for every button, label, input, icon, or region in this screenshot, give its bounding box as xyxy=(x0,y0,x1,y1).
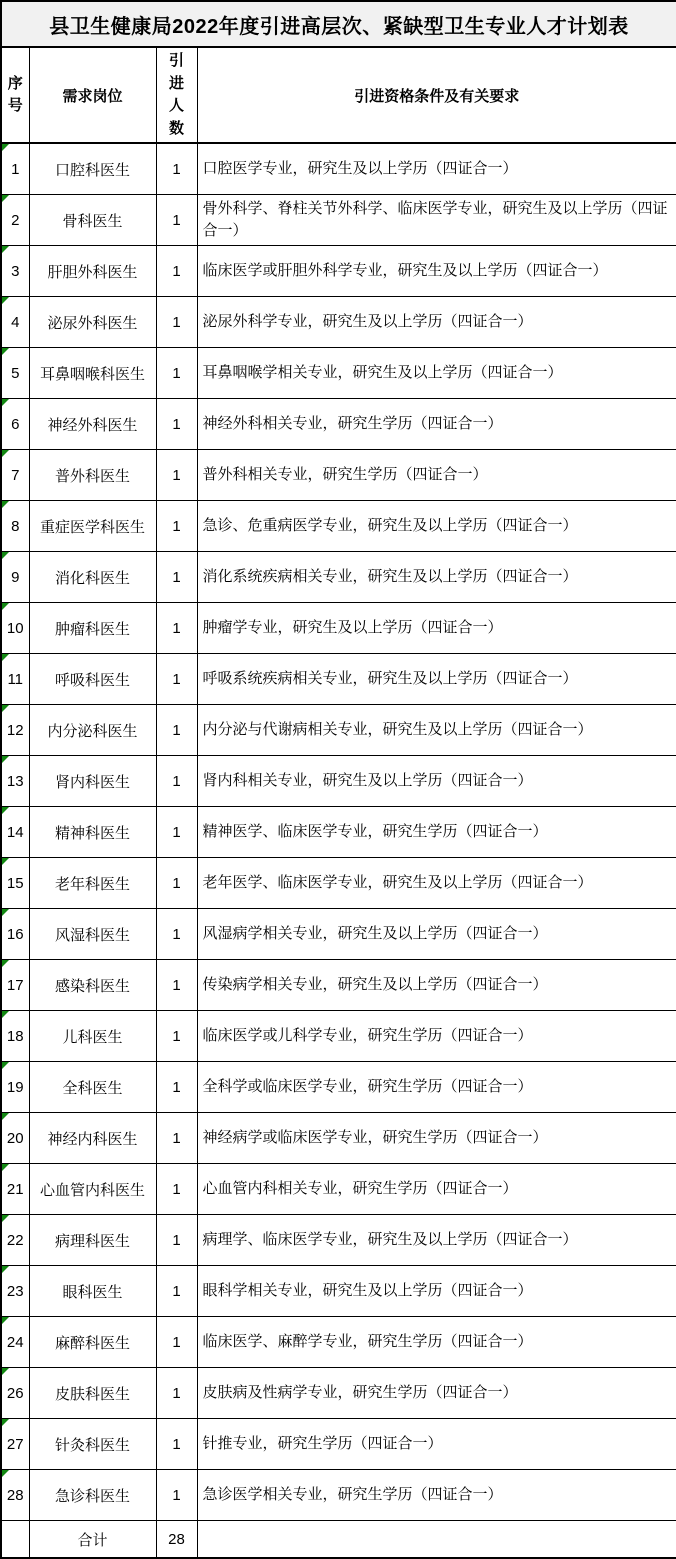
col-header-count-label: 引进人数 xyxy=(168,50,185,140)
count-cell: 1 xyxy=(156,858,197,909)
col-header-count: 引进人数 xyxy=(156,47,197,143)
requirement-cell: 耳鼻咽喉学相关专业，研究生及以上学历（四证合一） xyxy=(197,348,676,399)
total-requirement-cell xyxy=(197,1521,676,1559)
row-number-cell: 2 xyxy=(1,195,29,246)
requirement-cell: 老年医学、临床医学专业，研究生及以上学历（四证合一） xyxy=(197,858,676,909)
error-indicator-icon xyxy=(2,399,9,406)
row-number: 19 xyxy=(7,1079,24,1096)
row-number-cell: 12 xyxy=(1,705,29,756)
count-cell: 1 xyxy=(156,909,197,960)
table-row: 24 麻醉科医生 1 临床医学、麻醉学专业，研究生学历（四证合一） xyxy=(1,1317,676,1368)
requirement-cell: 临床医学、麻醉学专业，研究生学历（四证合一） xyxy=(197,1317,676,1368)
table-row: 15 老年科医生 1 老年医学、临床医学专业，研究生及以上学历（四证合一） xyxy=(1,858,676,909)
table-title: 县卫生健康局2022年度引进高层次、紧缺型卫生专业人才计划表 xyxy=(1,1,676,47)
position-cell: 皮肤科医生 xyxy=(29,1368,156,1419)
error-indicator-icon xyxy=(2,654,9,661)
position-cell: 重症医学科医生 xyxy=(29,501,156,552)
requirement-cell: 眼科学相关专业，研究生及以上学历（四证合一） xyxy=(197,1266,676,1317)
col-header-no: 序号 xyxy=(1,47,29,143)
position-cell: 针灸科医生 xyxy=(29,1419,156,1470)
position-cell: 神经外科医生 xyxy=(29,399,156,450)
error-indicator-icon xyxy=(2,1317,9,1324)
table-row: 1 口腔科医生 1 口腔医学专业，研究生及以上学历（四证合一） xyxy=(1,143,676,195)
row-number: 24 xyxy=(7,1334,24,1351)
error-indicator-icon xyxy=(2,348,9,355)
error-indicator-icon xyxy=(2,603,9,610)
row-number-cell: 13 xyxy=(1,756,29,807)
table-row: 27 针灸科医生 1 针推专业，研究生学历（四证合一） xyxy=(1,1419,676,1470)
error-indicator-icon xyxy=(2,1164,9,1171)
row-number: 8 xyxy=(11,518,19,535)
row-number: 17 xyxy=(7,977,24,994)
row-number-cell: 1 xyxy=(1,143,29,195)
table-row: 13 肾内科医生 1 肾内科相关专业，研究生及以上学历（四证合一） xyxy=(1,756,676,807)
table-row: 6 神经外科医生 1 神经外科相关专业，研究生学历（四证合一） xyxy=(1,399,676,450)
position-cell: 内分泌科医生 xyxy=(29,705,156,756)
table-row: 14 精神科医生 1 精神医学、临床医学专业，研究生学历（四证合一） xyxy=(1,807,676,858)
requirement-cell: 临床医学或肝胆外科学专业，研究生及以上学历（四证合一） xyxy=(197,246,676,297)
error-indicator-icon xyxy=(2,1011,9,1018)
requirement-cell: 骨外科学、脊柱关节外科学、临床医学专业，研究生及以上学历（四证合一） xyxy=(197,195,676,246)
position-cell: 儿科医生 xyxy=(29,1011,156,1062)
position-cell: 麻醉科医生 xyxy=(29,1317,156,1368)
count-cell: 1 xyxy=(156,450,197,501)
table-row: 17 感染科医生 1 传染病学相关专业，研究生及以上学历（四证合一） xyxy=(1,960,676,1011)
requirement-cell: 神经外科相关专业，研究生学历（四证合一） xyxy=(197,399,676,450)
position-cell: 心血管内科医生 xyxy=(29,1164,156,1215)
table-row: 8 重症医学科医生 1 急诊、危重病医学专业，研究生及以上学历（四证合一） xyxy=(1,501,676,552)
count-cell: 1 xyxy=(156,1164,197,1215)
table-row: 7 普外科医生 1 普外科相关专业，研究生学历（四证合一） xyxy=(1,450,676,501)
requirement-cell: 普外科相关专业，研究生学历（四证合一） xyxy=(197,450,676,501)
requirement-cell: 肾内科相关专业，研究生及以上学历（四证合一） xyxy=(197,756,676,807)
table-row: 3 肝胆外科医生 1 临床医学或肝胆外科学专业，研究生及以上学历（四证合一） xyxy=(1,246,676,297)
col-header-no-label: 序号 xyxy=(7,73,24,118)
row-number: 28 xyxy=(7,1487,24,1504)
error-indicator-icon xyxy=(2,705,9,712)
recruitment-plan-table: 县卫生健康局2022年度引进高层次、紧缺型卫生专业人才计划表 序号 需求岗位 引… xyxy=(0,0,676,1559)
row-number-cell: 8 xyxy=(1,501,29,552)
table-row: 4 泌尿外科医生 1 泌尿外科学专业，研究生及以上学历（四证合一） xyxy=(1,297,676,348)
count-cell: 1 xyxy=(156,1113,197,1164)
row-number-cell: 4 xyxy=(1,297,29,348)
header-row: 序号 需求岗位 引进人数 引进资格条件及有关要求 xyxy=(1,47,676,143)
table-row: 19 全科医生 1 全科学或临床医学专业，研究生学历（四证合一） xyxy=(1,1062,676,1113)
total-count: 28 xyxy=(156,1521,197,1559)
error-indicator-icon xyxy=(2,1062,9,1069)
table-row: 20 神经内科医生 1 神经病学或临床医学专业，研究生学历（四证合一） xyxy=(1,1113,676,1164)
row-number-cell: 9 xyxy=(1,552,29,603)
row-number: 20 xyxy=(7,1130,24,1147)
error-indicator-icon xyxy=(2,195,9,202)
table-body: 1 口腔科医生 1 口腔医学专业，研究生及以上学历（四证合一） 2 骨科医生 1… xyxy=(1,143,676,1521)
count-cell: 1 xyxy=(156,807,197,858)
row-number: 11 xyxy=(7,671,23,688)
table-row: 16 风湿科医生 1 风湿病学相关专业，研究生及以上学历（四证合一） xyxy=(1,909,676,960)
error-indicator-icon xyxy=(2,246,9,253)
row-number: 22 xyxy=(7,1232,24,1249)
error-indicator-icon xyxy=(2,144,9,151)
row-number-cell: 19 xyxy=(1,1062,29,1113)
count-cell: 1 xyxy=(156,143,197,195)
position-cell: 感染科医生 xyxy=(29,960,156,1011)
table-row: 9 消化科医生 1 消化系统疾病相关专业，研究生及以上学历（四证合一） xyxy=(1,552,676,603)
error-indicator-icon xyxy=(2,1470,9,1477)
requirement-cell: 消化系统疾病相关专业，研究生及以上学历（四证合一） xyxy=(197,552,676,603)
row-number-cell: 6 xyxy=(1,399,29,450)
row-number: 4 xyxy=(11,314,19,331)
row-number: 18 xyxy=(7,1028,24,1045)
row-number: 5 xyxy=(11,365,19,382)
error-indicator-icon xyxy=(2,1266,9,1273)
row-number-cell: 28 xyxy=(1,1470,29,1521)
count-cell: 1 xyxy=(156,1011,197,1062)
requirement-cell: 全科学或临床医学专业，研究生学历（四证合一） xyxy=(197,1062,676,1113)
error-indicator-icon xyxy=(2,1419,9,1426)
position-cell: 骨科医生 xyxy=(29,195,156,246)
row-number-cell: 21 xyxy=(1,1164,29,1215)
row-number: 9 xyxy=(11,569,19,586)
position-cell: 老年科医生 xyxy=(29,858,156,909)
row-number-cell: 3 xyxy=(1,246,29,297)
row-number: 2 xyxy=(11,212,19,229)
position-cell: 消化科医生 xyxy=(29,552,156,603)
error-indicator-icon xyxy=(2,1215,9,1222)
table-row: 26 皮肤科医生 1 皮肤病及性病学专业，研究生学历（四证合一） xyxy=(1,1368,676,1419)
row-number: 1 xyxy=(11,161,19,178)
table-row: 22 病理科医生 1 病理学、临床医学专业，研究生及以上学历（四证合一） xyxy=(1,1215,676,1266)
error-indicator-icon xyxy=(2,756,9,763)
table-row: 28 急诊科医生 1 急诊医学相关专业，研究生学历（四证合一） xyxy=(1,1470,676,1521)
count-cell: 1 xyxy=(156,297,197,348)
error-indicator-icon xyxy=(2,960,9,967)
row-number-cell: 18 xyxy=(1,1011,29,1062)
requirement-cell: 呼吸系统疾病相关专业，研究生及以上学历（四证合一） xyxy=(197,654,676,705)
position-cell: 口腔科医生 xyxy=(29,143,156,195)
count-cell: 1 xyxy=(156,705,197,756)
requirement-cell: 急诊、危重病医学专业，研究生及以上学历（四证合一） xyxy=(197,501,676,552)
row-number-cell: 23 xyxy=(1,1266,29,1317)
position-cell: 急诊科医生 xyxy=(29,1470,156,1521)
position-cell: 全科医生 xyxy=(29,1062,156,1113)
error-indicator-icon xyxy=(2,552,9,559)
row-number: 14 xyxy=(7,824,24,841)
table-row: 5 耳鼻咽喉科医生 1 耳鼻咽喉学相关专业，研究生及以上学历（四证合一） xyxy=(1,348,676,399)
position-cell: 泌尿外科医生 xyxy=(29,297,156,348)
count-cell: 1 xyxy=(156,195,197,246)
row-number: 7 xyxy=(11,467,19,484)
row-number-cell: 27 xyxy=(1,1419,29,1470)
count-cell: 1 xyxy=(156,348,197,399)
row-number: 12 xyxy=(7,722,24,739)
row-number: 16 xyxy=(7,926,24,943)
row-number-cell: 26 xyxy=(1,1368,29,1419)
error-indicator-icon xyxy=(2,450,9,457)
row-number-cell: 14 xyxy=(1,807,29,858)
count-cell: 1 xyxy=(156,501,197,552)
table-row: 23 眼科医生 1 眼科学相关专业，研究生及以上学历（四证合一） xyxy=(1,1266,676,1317)
row-number-cell: 20 xyxy=(1,1113,29,1164)
position-cell: 肝胆外科医生 xyxy=(29,246,156,297)
row-number-cell: 24 xyxy=(1,1317,29,1368)
row-number: 3 xyxy=(11,263,19,280)
table-row: 21 心血管内科医生 1 心血管内科相关专业，研究生学历（四证合一） xyxy=(1,1164,676,1215)
requirement-cell: 病理学、临床医学专业，研究生及以上学历（四证合一） xyxy=(197,1215,676,1266)
requirement-cell: 临床医学或儿科学专业，研究生学历（四证合一） xyxy=(197,1011,676,1062)
count-cell: 1 xyxy=(156,1317,197,1368)
row-number: 10 xyxy=(7,620,24,637)
requirement-cell: 皮肤病及性病学专业，研究生学历（四证合一） xyxy=(197,1368,676,1419)
requirement-cell: 针推专业，研究生学历（四证合一） xyxy=(197,1419,676,1470)
error-indicator-icon xyxy=(2,807,9,814)
error-indicator-icon xyxy=(2,1113,9,1120)
row-number: 15 xyxy=(7,875,24,892)
count-cell: 1 xyxy=(156,552,197,603)
total-no-cell xyxy=(1,1521,29,1559)
count-cell: 1 xyxy=(156,1215,197,1266)
table-row: 12 内分泌科医生 1 内分泌与代谢病相关专业，研究生及以上学历（四证合一） xyxy=(1,705,676,756)
count-cell: 1 xyxy=(156,756,197,807)
row-number-cell: 17 xyxy=(1,960,29,1011)
position-cell: 呼吸科医生 xyxy=(29,654,156,705)
position-cell: 病理科医生 xyxy=(29,1215,156,1266)
requirement-cell: 泌尿外科学专业，研究生及以上学历（四证合一） xyxy=(197,297,676,348)
col-header-requirement: 引进资格条件及有关要求 xyxy=(197,47,676,143)
table-row: 18 儿科医生 1 临床医学或儿科学专业，研究生学历（四证合一） xyxy=(1,1011,676,1062)
requirement-cell: 神经病学或临床医学专业，研究生学历（四证合一） xyxy=(197,1113,676,1164)
requirement-cell: 风湿病学相关专业，研究生及以上学历（四证合一） xyxy=(197,909,676,960)
requirement-cell: 肿瘤学专业，研究生及以上学历（四证合一） xyxy=(197,603,676,654)
position-cell: 神经内科医生 xyxy=(29,1113,156,1164)
total-label: 合计 xyxy=(29,1521,156,1559)
table-row: 10 肿瘤科医生 1 肿瘤学专业，研究生及以上学历（四证合一） xyxy=(1,603,676,654)
col-header-post: 需求岗位 xyxy=(29,47,156,143)
error-indicator-icon xyxy=(2,858,9,865)
table-row: 2 骨科医生 1 骨外科学、脊柱关节外科学、临床医学专业，研究生及以上学历（四证… xyxy=(1,195,676,246)
count-cell: 1 xyxy=(156,1470,197,1521)
row-number-cell: 7 xyxy=(1,450,29,501)
row-number-cell: 15 xyxy=(1,858,29,909)
row-number-cell: 10 xyxy=(1,603,29,654)
count-cell: 1 xyxy=(156,654,197,705)
row-number-cell: 11 xyxy=(1,654,29,705)
row-number-cell: 5 xyxy=(1,348,29,399)
error-indicator-icon xyxy=(2,297,9,304)
count-cell: 1 xyxy=(156,1419,197,1470)
position-cell: 眼科医生 xyxy=(29,1266,156,1317)
position-cell: 肾内科医生 xyxy=(29,756,156,807)
row-number-cell: 22 xyxy=(1,1215,29,1266)
table-row: 11 呼吸科医生 1 呼吸系统疾病相关专业，研究生及以上学历（四证合一） xyxy=(1,654,676,705)
title-row: 县卫生健康局2022年度引进高层次、紧缺型卫生专业人才计划表 xyxy=(1,1,676,47)
position-cell: 耳鼻咽喉科医生 xyxy=(29,348,156,399)
requirement-cell: 精神医学、临床医学专业，研究生学历（四证合一） xyxy=(197,807,676,858)
count-cell: 1 xyxy=(156,1368,197,1419)
row-number: 27 xyxy=(7,1436,24,1453)
row-number-cell: 16 xyxy=(1,909,29,960)
position-cell: 肿瘤科医生 xyxy=(29,603,156,654)
row-number: 21 xyxy=(7,1181,24,1198)
row-number: 23 xyxy=(7,1283,24,1300)
row-number: 6 xyxy=(11,416,19,433)
error-indicator-icon xyxy=(2,909,9,916)
total-row: 合计 28 xyxy=(1,1521,676,1559)
requirement-cell: 口腔医学专业，研究生及以上学历（四证合一） xyxy=(197,143,676,195)
position-cell: 风湿科医生 xyxy=(29,909,156,960)
requirement-cell: 内分泌与代谢病相关专业，研究生及以上学历（四证合一） xyxy=(197,705,676,756)
requirement-cell: 急诊医学相关专业，研究生学历（四证合一） xyxy=(197,1470,676,1521)
count-cell: 1 xyxy=(156,1062,197,1113)
error-indicator-icon xyxy=(2,1368,9,1375)
count-cell: 1 xyxy=(156,960,197,1011)
count-cell: 1 xyxy=(156,246,197,297)
requirement-cell: 心血管内科相关专业，研究生学历（四证合一） xyxy=(197,1164,676,1215)
error-indicator-icon xyxy=(2,501,9,508)
count-cell: 1 xyxy=(156,1266,197,1317)
recruitment-plan-sheet: 县卫生健康局2022年度引进高层次、紧缺型卫生专业人才计划表 序号 需求岗位 引… xyxy=(0,0,676,1559)
requirement-cell: 传染病学相关专业，研究生及以上学历（四证合一） xyxy=(197,960,676,1011)
row-number: 26 xyxy=(7,1385,24,1402)
position-cell: 精神科医生 xyxy=(29,807,156,858)
count-cell: 1 xyxy=(156,603,197,654)
count-cell: 1 xyxy=(156,399,197,450)
position-cell: 普外科医生 xyxy=(29,450,156,501)
row-number: 13 xyxy=(7,773,24,790)
